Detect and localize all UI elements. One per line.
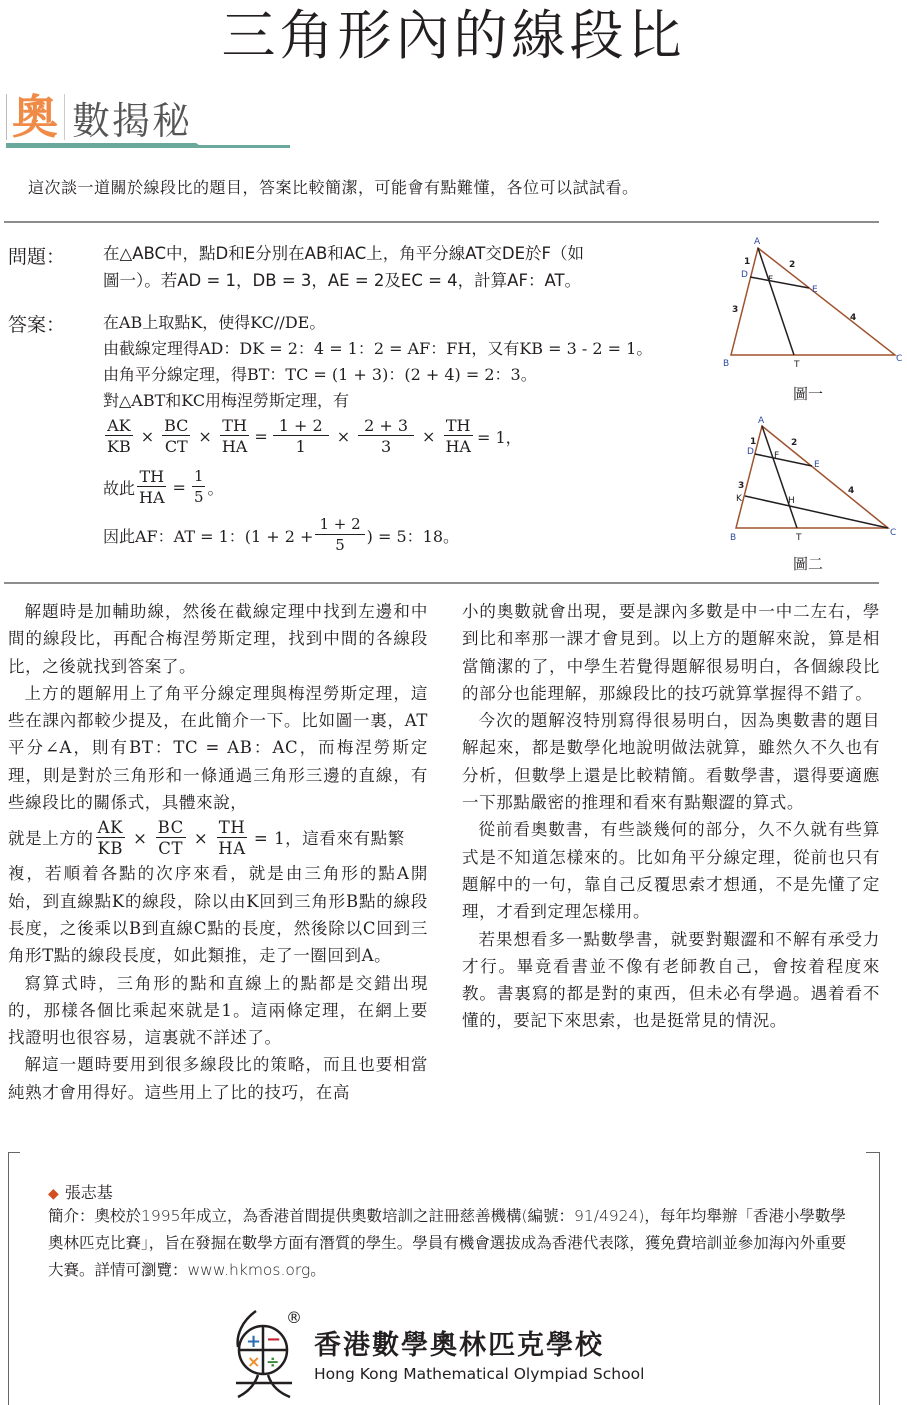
bio-box-border-left xyxy=(8,1152,9,1405)
author-bio: 簡介：奧校於1995年成立，為香港首間提供奧數培訓之註冊慈善機構(編號：91/4… xyxy=(48,1203,848,1284)
paragraph: 寫算式時，三角形的點和直線上的點都是交錯出現的，那樣各個比乘起來就是1。這兩條定… xyxy=(8,970,428,1052)
svg-text:®: ® xyxy=(286,1308,302,1327)
body-column-right: 小的奧數就會出現，要是課內多數是中一中二左右，學到比和率那一課才會見到。以上方的… xyxy=(462,598,880,1035)
paragraph: 上方的題解用上了角平分線定理與梅涅勞斯定理，這些在課內都較少提及，在此簡介一下。… xyxy=(8,680,428,816)
paragraph: 若果想看多一點數學書，就要對艱澀和不解有承受力才行。畢竟看書並不像有老師教自己，… xyxy=(462,926,880,1035)
svg-text:×: × xyxy=(247,1352,260,1371)
paragraph: 複，若順着各點的次序來看，就是由三角形的點A開始，到直線點K的線段，除以由K回到… xyxy=(8,860,428,969)
paragraph: 從前看奧數書，有些談幾何的部分，久不久就有些算式是不知道怎樣來的。比如角平分線定… xyxy=(462,816,880,925)
inline-menelaus-equation: 就是上方的 AKKB × BCCT × THHA = 1，這看來有點繁 xyxy=(8,816,428,860)
figure-2-triangle: A B C D E F K H T 1 3 2 4 xyxy=(720,410,907,550)
body-column-left: 解題時是加輔助線，然後在截線定理中找到左邊和中間的線段比，再配合梅涅勞斯定理，找… xyxy=(8,598,428,1106)
svg-text:A: A xyxy=(758,416,765,426)
divider-top-full xyxy=(4,221,879,223)
paragraph: 解題時是加輔助線，然後在截線定理中找到左邊和中間的線段比，再配合梅涅勞斯定理，找… xyxy=(8,598,428,680)
svg-text:F: F xyxy=(768,275,773,285)
answer-label: 答案： xyxy=(8,310,65,337)
svg-text:÷: ÷ xyxy=(266,1352,279,1371)
svg-text:F: F xyxy=(774,451,779,461)
fraction-ak-kb: AKKB xyxy=(105,416,133,457)
svg-text:+: + xyxy=(246,1331,261,1352)
figure-1-caption: 圖一 xyxy=(793,383,823,404)
school-name-english: Hong Kong Mathematical Olympiad School xyxy=(314,1365,644,1383)
svg-text:T: T xyxy=(793,360,800,370)
bio-box-border-right xyxy=(879,1152,880,1405)
column-header-accent-char: 奧 xyxy=(12,90,58,144)
answer-line-4: 對△ABT和KC用梅涅勞斯定理，有 xyxy=(103,388,349,411)
author-name: 張志基 xyxy=(65,1183,113,1202)
school-logo: + − × ÷ ® 香港數學奧林匹克學校 Hong Kong Mathemati… xyxy=(234,1305,654,1400)
svg-text:T: T xyxy=(795,533,802,543)
school-name-chinese: 香港數學奧林匹克學校 xyxy=(314,1323,604,1362)
answer-line-1: 在AB上取點K，使得KC//DE。 xyxy=(103,310,325,333)
problem-label: 問題： xyxy=(8,242,65,269)
fraction-th-ha: THHA xyxy=(220,416,250,457)
header-bracket-left xyxy=(6,94,10,140)
divider-middle xyxy=(4,582,879,584)
svg-text:−: − xyxy=(266,1329,281,1350)
paragraph: 解這一題時要用到很多線段比的策略，而且也要相當純熟才會用得好。這些用上了比的技巧… xyxy=(8,1051,428,1106)
final-answer-equation: 因此AF：AT = 1：(1 + 2 + 1 + 25 ) = 5：18。 xyxy=(103,515,459,556)
column-header-title: 數揭秘 xyxy=(72,98,192,144)
problem-text: 在△ABC中，點D和E分別在AB和AC上，角平分線AT交DE於F（如 圖一）。若… xyxy=(103,240,703,294)
problem-line-1: 在△ABC中，點D和E分別在AB和AC上，角平分線AT交DE於F（如 xyxy=(103,240,703,267)
menelaus-equation: AKKB × BCCT × THHA = 1 + 21 × 2 + 33 × T… xyxy=(103,416,522,457)
paragraph: 今次的題解沒特別寫得很易明白，因為奧數書的題目解起來，都是數學化地說明做法就算，… xyxy=(462,707,880,816)
fraction-th-ha-2: THHA xyxy=(443,416,473,457)
svg-text:D: D xyxy=(741,270,748,280)
answer-line-3: 由角平分線定理，得BT：TC = (1 + 3)：(2 + 4) = 2：3。 xyxy=(103,362,537,385)
bio-box-corner-left xyxy=(8,1152,20,1153)
svg-text:E: E xyxy=(814,460,820,470)
svg-text:C: C xyxy=(890,528,896,538)
svg-text:B: B xyxy=(723,359,729,369)
answer-line-2: 由截線定理得AD：DK = 2：4 = 1：2 = AF：FH，又有KB = 3… xyxy=(103,336,652,359)
figure-2-caption: 圖二 xyxy=(793,553,823,574)
svg-text:2: 2 xyxy=(789,260,795,270)
svg-text:4: 4 xyxy=(850,313,856,323)
header-bracket-right xyxy=(64,94,67,140)
fraction-5-3: 2 + 33 xyxy=(358,416,414,457)
svg-text:H: H xyxy=(788,496,795,506)
svg-text:4: 4 xyxy=(848,486,854,496)
column-header: 奧 數揭秘 xyxy=(6,92,306,150)
paragraph: 小的奧數就會出現，要是課內多數是中一中二左右，學到比和率那一課才會見到。以上方的… xyxy=(462,598,880,707)
svg-text:B: B xyxy=(730,533,736,543)
intro-text: 這次談一道關於線段比的題目，答案比較簡潔，可能會有點難懂，各位可以試試看。 xyxy=(28,175,639,198)
fraction-bc-ct: BCCT xyxy=(162,416,190,457)
problem-line-2: 圖一）。若AD = 1，DB = 3，AE = 2及EC = 4，計算AF：AT… xyxy=(103,267,703,294)
svg-text:1: 1 xyxy=(750,437,756,447)
author-line: ◆張志基 xyxy=(48,1180,113,1203)
svg-text:3: 3 xyxy=(738,481,744,491)
column-header-underline xyxy=(6,143,290,148)
svg-text:E: E xyxy=(812,285,818,295)
diamond-icon: ◆ xyxy=(48,1186,59,1202)
fraction-3-1: 1 + 21 xyxy=(273,416,329,457)
svg-text:1: 1 xyxy=(744,257,750,267)
svg-text:2: 2 xyxy=(791,438,797,448)
ratio-th-ha-equation: 故此 THHA = 15 。 xyxy=(103,467,224,508)
bio-box-corner-right xyxy=(866,1152,880,1153)
olympiad-logo-icon: + − × ÷ ® xyxy=(234,1305,312,1400)
svg-text:3: 3 xyxy=(732,305,738,315)
svg-text:A: A xyxy=(754,237,761,247)
svg-text:D: D xyxy=(747,447,754,457)
svg-text:C: C xyxy=(896,354,902,364)
page-title: 三角形內的線段比 xyxy=(0,4,907,68)
